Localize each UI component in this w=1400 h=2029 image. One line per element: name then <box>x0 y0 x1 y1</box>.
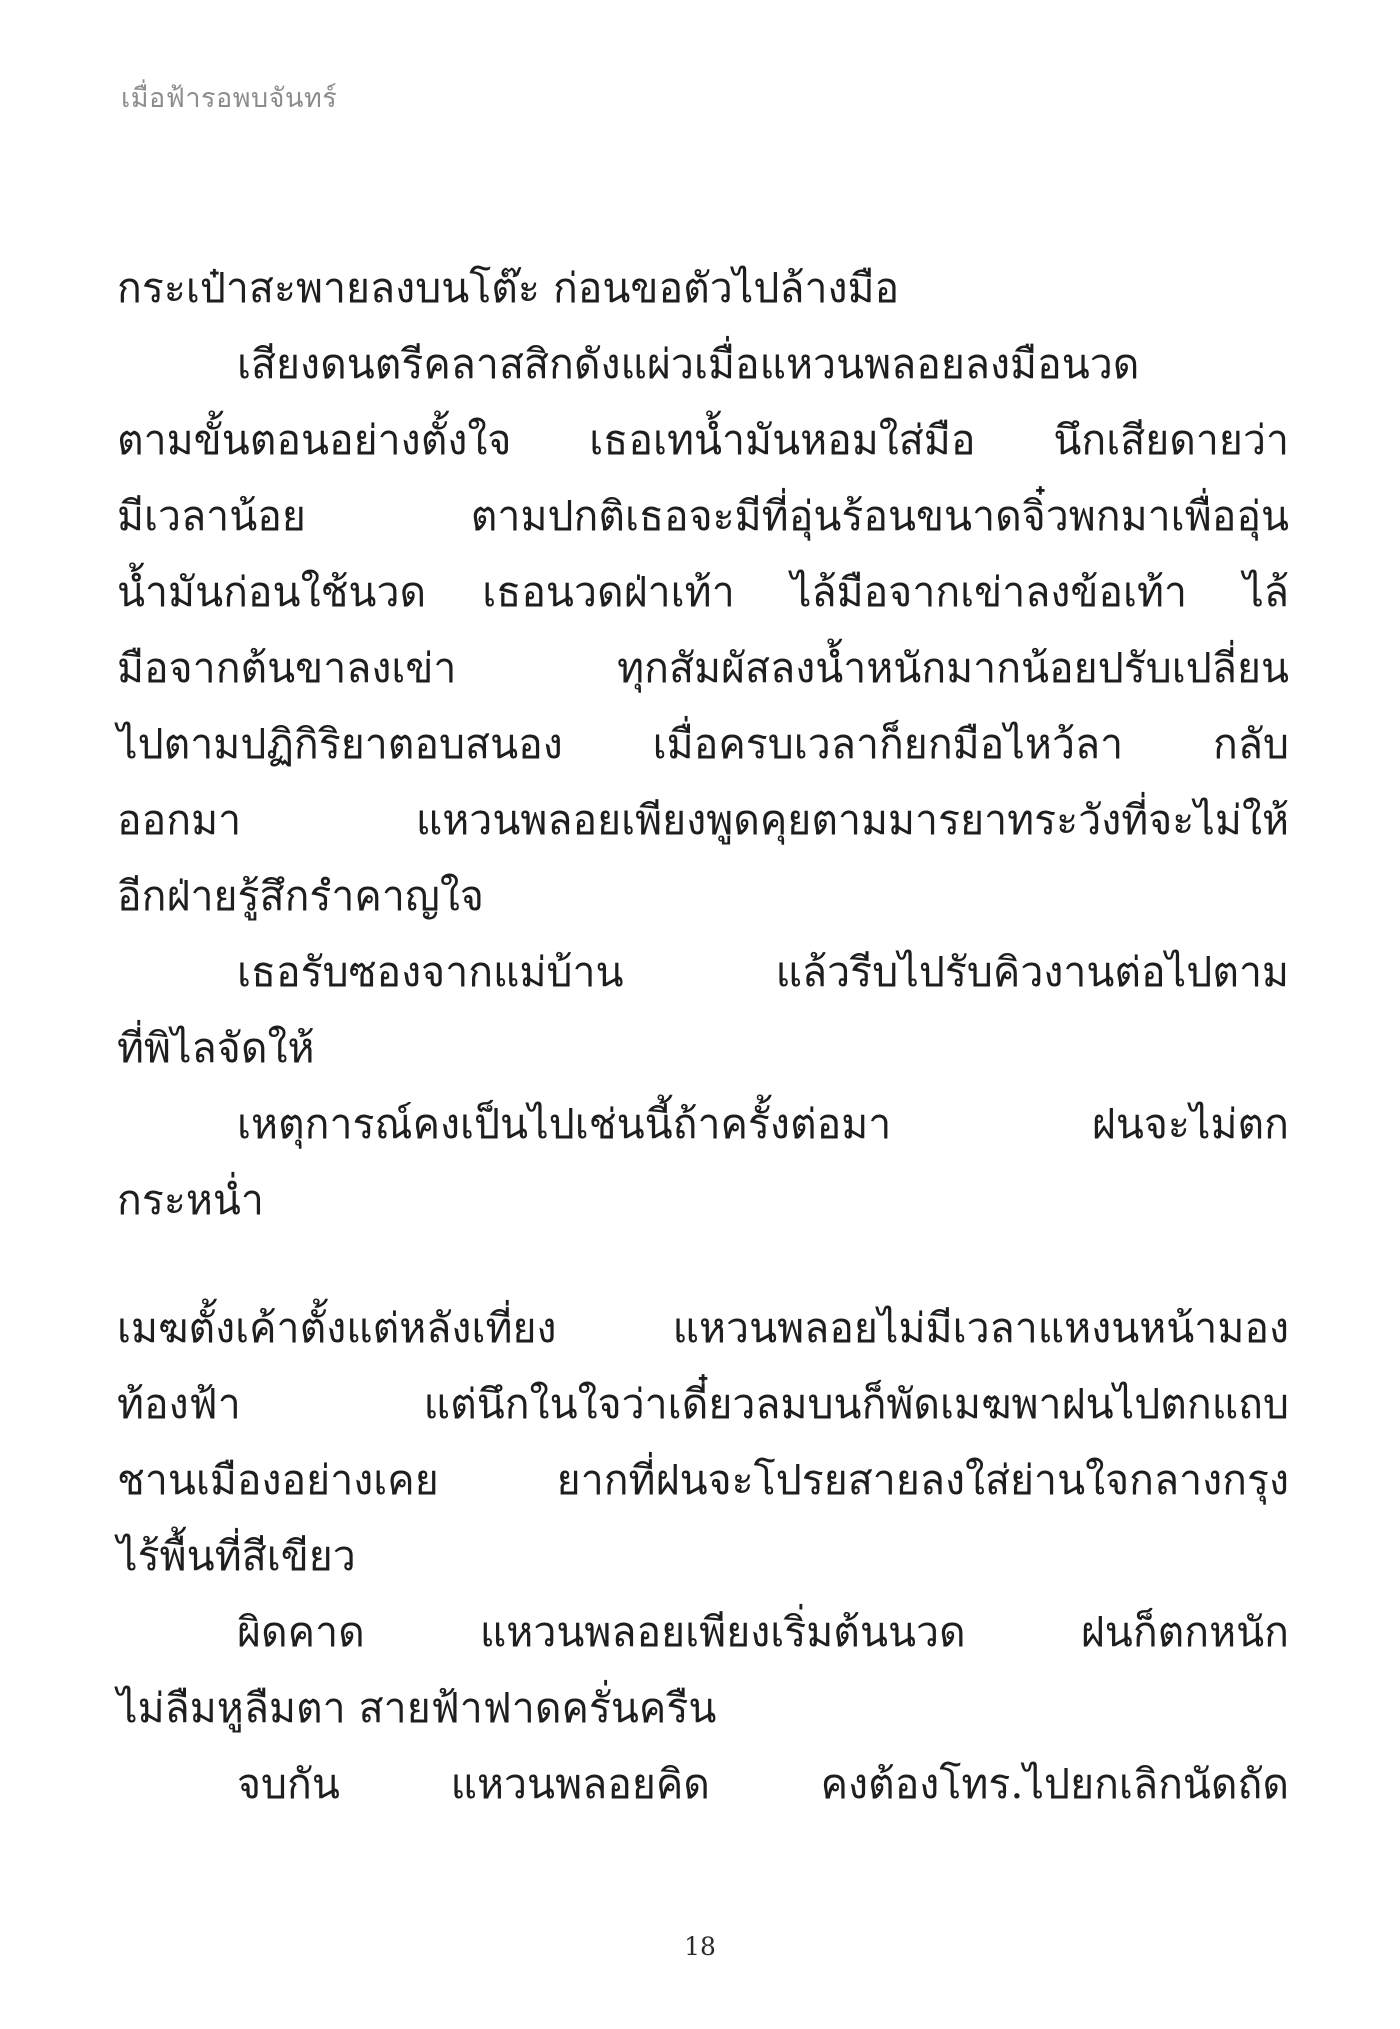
running-header: เมื่อฟ้ารอพบจันทร์ <box>121 76 337 119</box>
text-line: ชานเมืองอย่างเคย ยากที่ฝนจะโปรยสายลงใส่ย… <box>117 1442 1289 1518</box>
text-line: จบกัน แหวนพลอยคิด คงต้องโทร.ไปยกเลิกนัดถ… <box>117 1746 1289 1822</box>
text-line: เหตุการณ์คงเป็นไปเช่นนี้ถ้าครั้งต่อมา ฝน… <box>117 1086 1289 1162</box>
text-line: ท้องฟ้า แต่นึกในใจว่าเดี๋ยวลมบนก็พัดเมฆพ… <box>117 1366 1289 1442</box>
text-line: ไร้พื้นที่สีเขียว <box>117 1518 1289 1594</box>
text-line: เมฆตั้งเค้าตั้งแต่หลังเที่ยง แหวนพลอยไม่… <box>117 1290 1289 1366</box>
book-page: เมื่อฟ้ารอพบจันทร์ กระเป๋าสะพายลงบนโต๊ะ … <box>0 0 1400 2029</box>
text-line: น้ำมันก่อนใช้นวด เธอนวดฝ่าเท้า ไล้มือจาก… <box>117 554 1289 630</box>
text-line: ไม่ลืมหูลืมตา สายฟ้าฟาดครั่นครืน <box>117 1670 1289 1746</box>
body-text: กระเป๋าสะพายลงบนโต๊ะ ก่อนขอตัวไปล้างมือเ… <box>117 250 1289 1822</box>
text-line: กระเป๋าสะพายลงบนโต๊ะ ก่อนขอตัวไปล้างมือ <box>117 250 1289 326</box>
text-line: เธอรับซองจากแม่บ้าน แล้วรีบไปรับคิวงานต่… <box>117 934 1289 1010</box>
text-line: ที่พิไลจัดให้ <box>117 1010 1289 1086</box>
text-line: ตามขั้นตอนอย่างตั้งใจ เธอเทน้ำมันหอมใส่ม… <box>117 402 1289 478</box>
text-line: เสียงดนตรีคลาสสิกดังแผ่วเมื่อแหวนพลอยลงม… <box>117 326 1289 402</box>
text-line: มีเวลาน้อย ตามปกติเธอจะมีที่อุ่นร้อนขนาด… <box>117 478 1289 554</box>
text-line: มือจากต้นขาลงเข่า ทุกสัมผัสลงน้ำหนักมากน… <box>117 630 1289 706</box>
text-line: ออกมา แหวนพลอยเพียงพูดคุยตามมารยาทระวังท… <box>117 782 1289 858</box>
text-line: ผิดคาด แหวนพลอยเพียงเริ่มต้นนวด ฝนก็ตกหน… <box>117 1594 1289 1670</box>
page-number: 18 <box>0 1932 1400 1961</box>
text-line: กระหน่ำ <box>117 1162 1289 1238</box>
text-line: ไปตามปฏิกิริยาตอบสนอง เมื่อครบเวลาก็ยกมื… <box>117 706 1289 782</box>
text-line: อีกฝ่ายรู้สึกรำคาญใจ <box>117 858 1289 934</box>
